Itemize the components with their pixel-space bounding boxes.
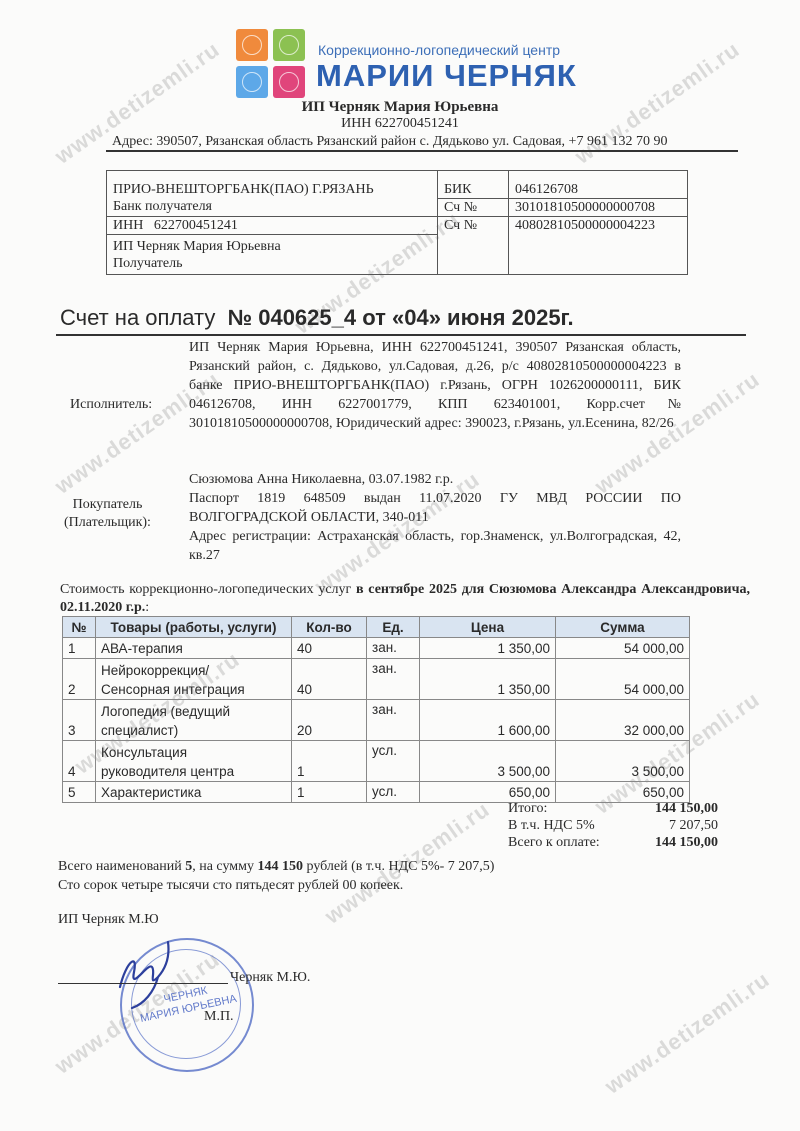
recipient-cell: ИП Черняк Мария Юрьевна Получатель: [107, 235, 438, 275]
invoice-title: Счет на оплату № 040625_4 от «04» июня 2…: [60, 305, 574, 331]
recipient-label: Получатель: [113, 255, 431, 272]
cell-unit: усл.: [367, 782, 420, 803]
cell-unit: зан.: [367, 659, 420, 700]
cell-qty: 1: [292, 782, 367, 803]
table-row: 4Консультацияруководителя центра1усл.3 5…: [63, 741, 690, 782]
cell-qty: 20: [292, 700, 367, 741]
item-name-line-2: руководителя центра: [101, 762, 286, 781]
cell-name: Характеристика: [96, 782, 292, 803]
summary-part2: , на сумму: [192, 859, 254, 874]
cell-unit: зан.: [367, 700, 420, 741]
cell-number: 4: [63, 741, 96, 782]
buyer-address: Адрес регистрации: Астраханская область,…: [189, 527, 681, 565]
cell-price: 1 350,00: [420, 659, 556, 700]
summary: Всего наименований 5, на сумму 144 150 р…: [58, 857, 494, 895]
item-name-line-1: АВА-терапия: [101, 639, 286, 658]
cell-name: Логопедия (ведущийспециалист): [96, 700, 292, 741]
brand-name: МАРИИ ЧЕРНЯК: [316, 58, 577, 94]
cell-sum: 32 000,00: [556, 700, 690, 741]
col-price: Цена: [420, 617, 556, 638]
logo: [236, 29, 306, 99]
vat-row: В т.ч. НДС 5% 7 207,50: [508, 817, 718, 834]
due-label: Всего к оплате:: [508, 834, 626, 851]
due-row: Всего к оплате: 144 150,00: [508, 834, 718, 851]
cell-sum: 3 500,00: [556, 741, 690, 782]
cell-unit: зан.: [367, 638, 420, 659]
brand-subtitle: Коррекционно-логопедический центр: [318, 42, 560, 58]
logo-tile-blue: [236, 66, 268, 98]
acc-label-cell: Сч №: [438, 217, 509, 275]
cell-price: 1 350,00: [420, 638, 556, 659]
acc-value-cell: 40802810500000004223: [509, 217, 688, 275]
col-number: №: [63, 617, 96, 638]
org-inn: ИНН 622700451241: [0, 116, 800, 132]
summary-part3: рублей (в т.ч. НДС 5%- 7 207,5): [307, 859, 495, 874]
col-qty: Кол-во: [292, 617, 367, 638]
signer-label: ИП Черняк М.Ю: [58, 912, 159, 928]
logo-tile-pink: [273, 66, 305, 98]
signer-name: Черняк М.Ю.: [230, 970, 310, 986]
cell-qty: 1: [292, 741, 367, 782]
intro-plain: Стоимость коррекционно-логопедических ус…: [60, 582, 351, 597]
item-name-line-1: Логопедия (ведущий: [101, 702, 286, 721]
cell-sum: 54 000,00: [556, 659, 690, 700]
bank-details-table: ПРИО-ВНЕШТОРГБАНК(ПАО) Г.РЯЗАНЬ Банк пол…: [106, 170, 688, 275]
watermark: www.detizemli.ru: [600, 966, 775, 1099]
cell-sum: 54 000,00: [556, 638, 690, 659]
totals-block: Итого: 144 150,00 В т.ч. НДС 5% 7 207,50…: [508, 800, 718, 851]
org-address: Адрес: 390507, Рязанская область Рязанск…: [112, 134, 667, 150]
invoice-title-prefix: Счет на оплату: [60, 305, 215, 330]
summary-line: Всего наименований 5, на сумму 144 150 р…: [58, 857, 494, 876]
cell-name: Консультацияруководителя центра: [96, 741, 292, 782]
cell-qty: 40: [292, 638, 367, 659]
summary-part1: Всего наименований: [58, 859, 182, 874]
recipient-name: ИП Черняк Мария Юрьевна: [113, 238, 431, 255]
col-name: Товары (работы, услуги): [96, 617, 292, 638]
cell-name: Нейрокоррекция/Сенсорная интеграция: [96, 659, 292, 700]
item-name-line-2: Сенсорная интеграция: [101, 680, 286, 699]
total-label: Итого:: [508, 800, 626, 817]
logo-tile-orange: [236, 29, 268, 61]
summary-amount: 144 150: [258, 859, 304, 874]
acc-label: Сч №: [444, 218, 477, 233]
bik-label-cell: БИК Сч №: [438, 171, 509, 217]
title-divider: [56, 334, 746, 336]
invoice-number-date: № 040625_4 от «04» июня 2025г.: [228, 305, 574, 330]
item-name-line-2: специалист): [101, 721, 286, 740]
cell-name: АВА-терапия: [96, 638, 292, 659]
inn-label: ИНН: [113, 218, 143, 233]
cell-number: 2: [63, 659, 96, 700]
header-divider: [106, 150, 738, 152]
executor-label: Исполнитель:: [70, 396, 152, 414]
buyer-passport: Паспорт 1819 648509 выдан 11.07.2020 ГУ …: [189, 489, 681, 527]
due-value: 144 150,00: [626, 834, 718, 851]
amount-in-words: Сто сорок четыре тысячи сто пятьдесят ру…: [58, 876, 494, 895]
bank-label: Банк получателя: [113, 198, 431, 215]
table-row: 2Нейрокоррекция/Сенсорная интеграция40за…: [63, 659, 690, 700]
cell-qty: 40: [292, 659, 367, 700]
total-value: 144 150,00: [626, 800, 718, 817]
buyer-label-line-2: (Плательщик):: [64, 514, 151, 532]
cell-number: 3: [63, 700, 96, 741]
bik-label: БИК: [444, 181, 502, 198]
cell-price: 3 500,00: [420, 741, 556, 782]
seal-label: М.П.: [204, 1009, 234, 1025]
table-row: 3Логопедия (ведущийспециалист)20зан.1 60…: [63, 700, 690, 741]
buyer-details: Сюзюмова Анна Николаевна, 03.07.1982 г.р…: [189, 470, 681, 565]
services-intro: Стоимость коррекционно-логопедических ус…: [60, 581, 750, 617]
bank-name-cell: ПРИО-ВНЕШТОРГБАНК(ПАО) Г.РЯЗАНЬ Банк пол…: [107, 171, 438, 217]
cell-unit: усл.: [367, 741, 420, 782]
inn-cell: ИНН 622700451241: [107, 217, 438, 235]
total-row: Итого: 144 150,00: [508, 800, 718, 817]
corr-value: 30101810500000000708: [509, 198, 687, 216]
buyer-label: Покупатель (Плательщик):: [64, 496, 151, 532]
table-row: 1АВА-терапия40зан.1 350,0054 000,00: [63, 638, 690, 659]
vat-label: В т.ч. НДС 5%: [508, 817, 626, 834]
bik-value-cell: 046126708 30101810500000000708: [509, 171, 688, 217]
vat-value: 7 207,50: [626, 817, 718, 834]
cell-number: 5: [63, 782, 96, 803]
items-header-row: № Товары (работы, услуги) Кол-во Ед. Цен…: [63, 617, 690, 638]
buyer-label-line-1: Покупатель: [64, 496, 151, 514]
bank-name: ПРИО-ВНЕШТОРГБАНК(ПАО) Г.РЯЗАНЬ: [113, 181, 431, 198]
col-unit: Ед.: [367, 617, 420, 638]
cell-price: 1 600,00: [420, 700, 556, 741]
bik-value: 046126708: [515, 181, 681, 198]
inn-value: 622700451241: [154, 218, 238, 233]
items-table: № Товары (работы, услуги) Кол-во Ед. Цен…: [62, 616, 690, 803]
item-name-line-1: Нейрокоррекция/: [101, 661, 286, 680]
corr-label: Сч №: [438, 198, 508, 216]
buyer-name: Сюзюмова Анна Николаевна, 03.07.1982 г.р…: [189, 470, 681, 489]
item-name-line-1: Характеристика: [101, 783, 286, 802]
item-name-line-1: Консультация: [101, 743, 286, 762]
intro-tail: :: [145, 600, 149, 615]
executor-details: ИП Черняк Мария Юрьевна, ИНН 62270045124…: [189, 338, 681, 433]
logo-tile-green: [273, 29, 305, 61]
col-sum: Сумма: [556, 617, 690, 638]
acc-value: 40802810500000004223: [515, 218, 655, 233]
cell-number: 1: [63, 638, 96, 659]
signature-icon: [108, 932, 198, 1012]
signature-line: [58, 983, 228, 984]
org-name: ИП Черняк Мария Юрьевна: [0, 99, 800, 116]
